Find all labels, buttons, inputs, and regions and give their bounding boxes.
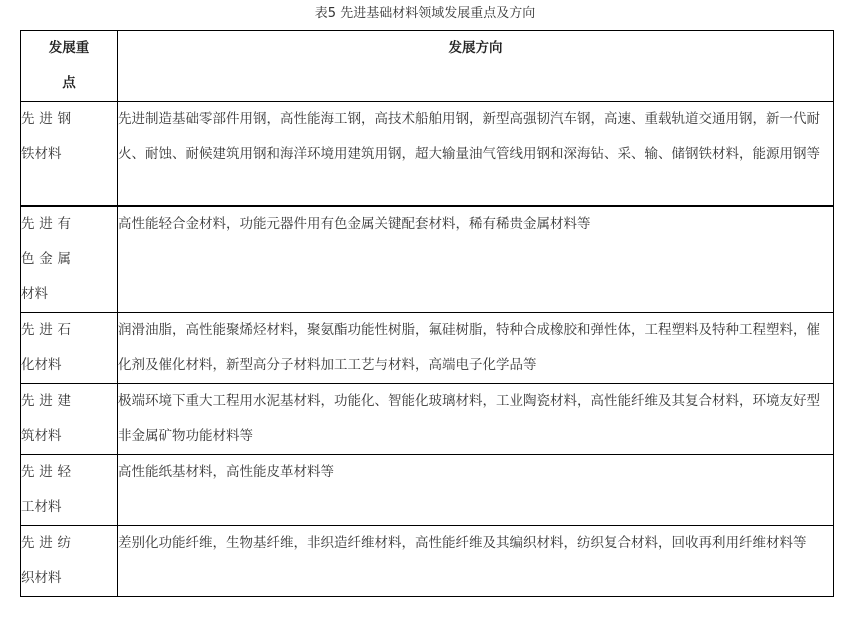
category-cell: 先进钢 铁材料 [21,102,118,207]
category-line: 材料 [21,277,117,312]
category-line: 先进石 [21,313,117,348]
category-cell: 先进纺 织材料 [21,526,118,597]
materials-direction-table: 发展重 点 发展方向 先进钢 铁材料 先进制造基础零部件用钢，高性能海工钢，高技… [20,30,834,597]
category-line: 织材料 [21,561,117,596]
category-line: 工材料 [21,490,117,525]
direction-cell: 高性能纸基材料，高性能皮革材料等 [118,455,834,526]
header-development-focus-line2: 点 [21,66,117,101]
table-caption: 表5 先进基础材料领域发展重点及方向 [0,4,850,24]
header-development-focus-line1: 发展重 [21,31,117,66]
category-line: 色金属 [21,242,117,277]
direction-cell: 先进制造基础零部件用钢，高性能海工钢，高技术船舶用钢，新型高强韧汽车钢，高速、重… [118,102,834,207]
header-development-focus: 发展重 点 [21,31,118,102]
table-header-row: 发展重 点 发展方向 [21,31,834,102]
direction-cell: 差别化功能纤维，生物基纤维，非织造纤维材料，高性能纤维及其编织材料，纺织复合材料… [118,526,834,597]
category-cell: 先进建 筑材料 [21,384,118,455]
direction-cell: 高性能轻合金材料，功能元器件用有色金属关键配套材料，稀有稀贵金属材料等 [118,206,834,313]
category-line: 筑材料 [21,419,117,454]
category-line: 化材料 [21,348,117,383]
category-cell: 先进石 化材料 [21,313,118,384]
table-row: 先进建 筑材料 极端环境下重大工程用水泥基材料，功能化、智能化玻璃材料，工业陶瓷… [21,384,834,455]
table-row: 先进轻 工材料 高性能纸基材料，高性能皮革材料等 [21,455,834,526]
category-line: 铁材料 [21,137,117,172]
category-line: 先进钢 [21,102,117,137]
category-line: 先进纺 [21,526,117,561]
category-line: 先进建 [21,384,117,419]
category-line: 先进轻 [21,455,117,490]
category-cell: 先进有 色金属 材料 [21,206,118,313]
header-development-direction: 发展方向 [118,31,834,102]
category-cell: 先进轻 工材料 [21,455,118,526]
table-row: 先进钢 铁材料 先进制造基础零部件用钢，高性能海工钢，高技术船舶用钢，新型高强韧… [21,102,834,207]
direction-cell: 极端环境下重大工程用水泥基材料，功能化、智能化玻璃材料，工业陶瓷材料，高性能纤维… [118,384,834,455]
direction-cell: 润滑油脂，高性能聚烯烃材料，聚氨酯功能性树脂，氟硅树脂，特种合成橡胶和弹性体，工… [118,313,834,384]
category-line: 先进有 [21,207,117,242]
table-row: 先进石 化材料 润滑油脂，高性能聚烯烃材料，聚氨酯功能性树脂，氟硅树脂，特种合成… [21,313,834,384]
table-row: 先进纺 织材料 差别化功能纤维，生物基纤维，非织造纤维材料，高性能纤维及其编织材… [21,526,834,597]
table-row: 先进有 色金属 材料 高性能轻合金材料，功能元器件用有色金属关键配套材料，稀有稀… [21,206,834,313]
